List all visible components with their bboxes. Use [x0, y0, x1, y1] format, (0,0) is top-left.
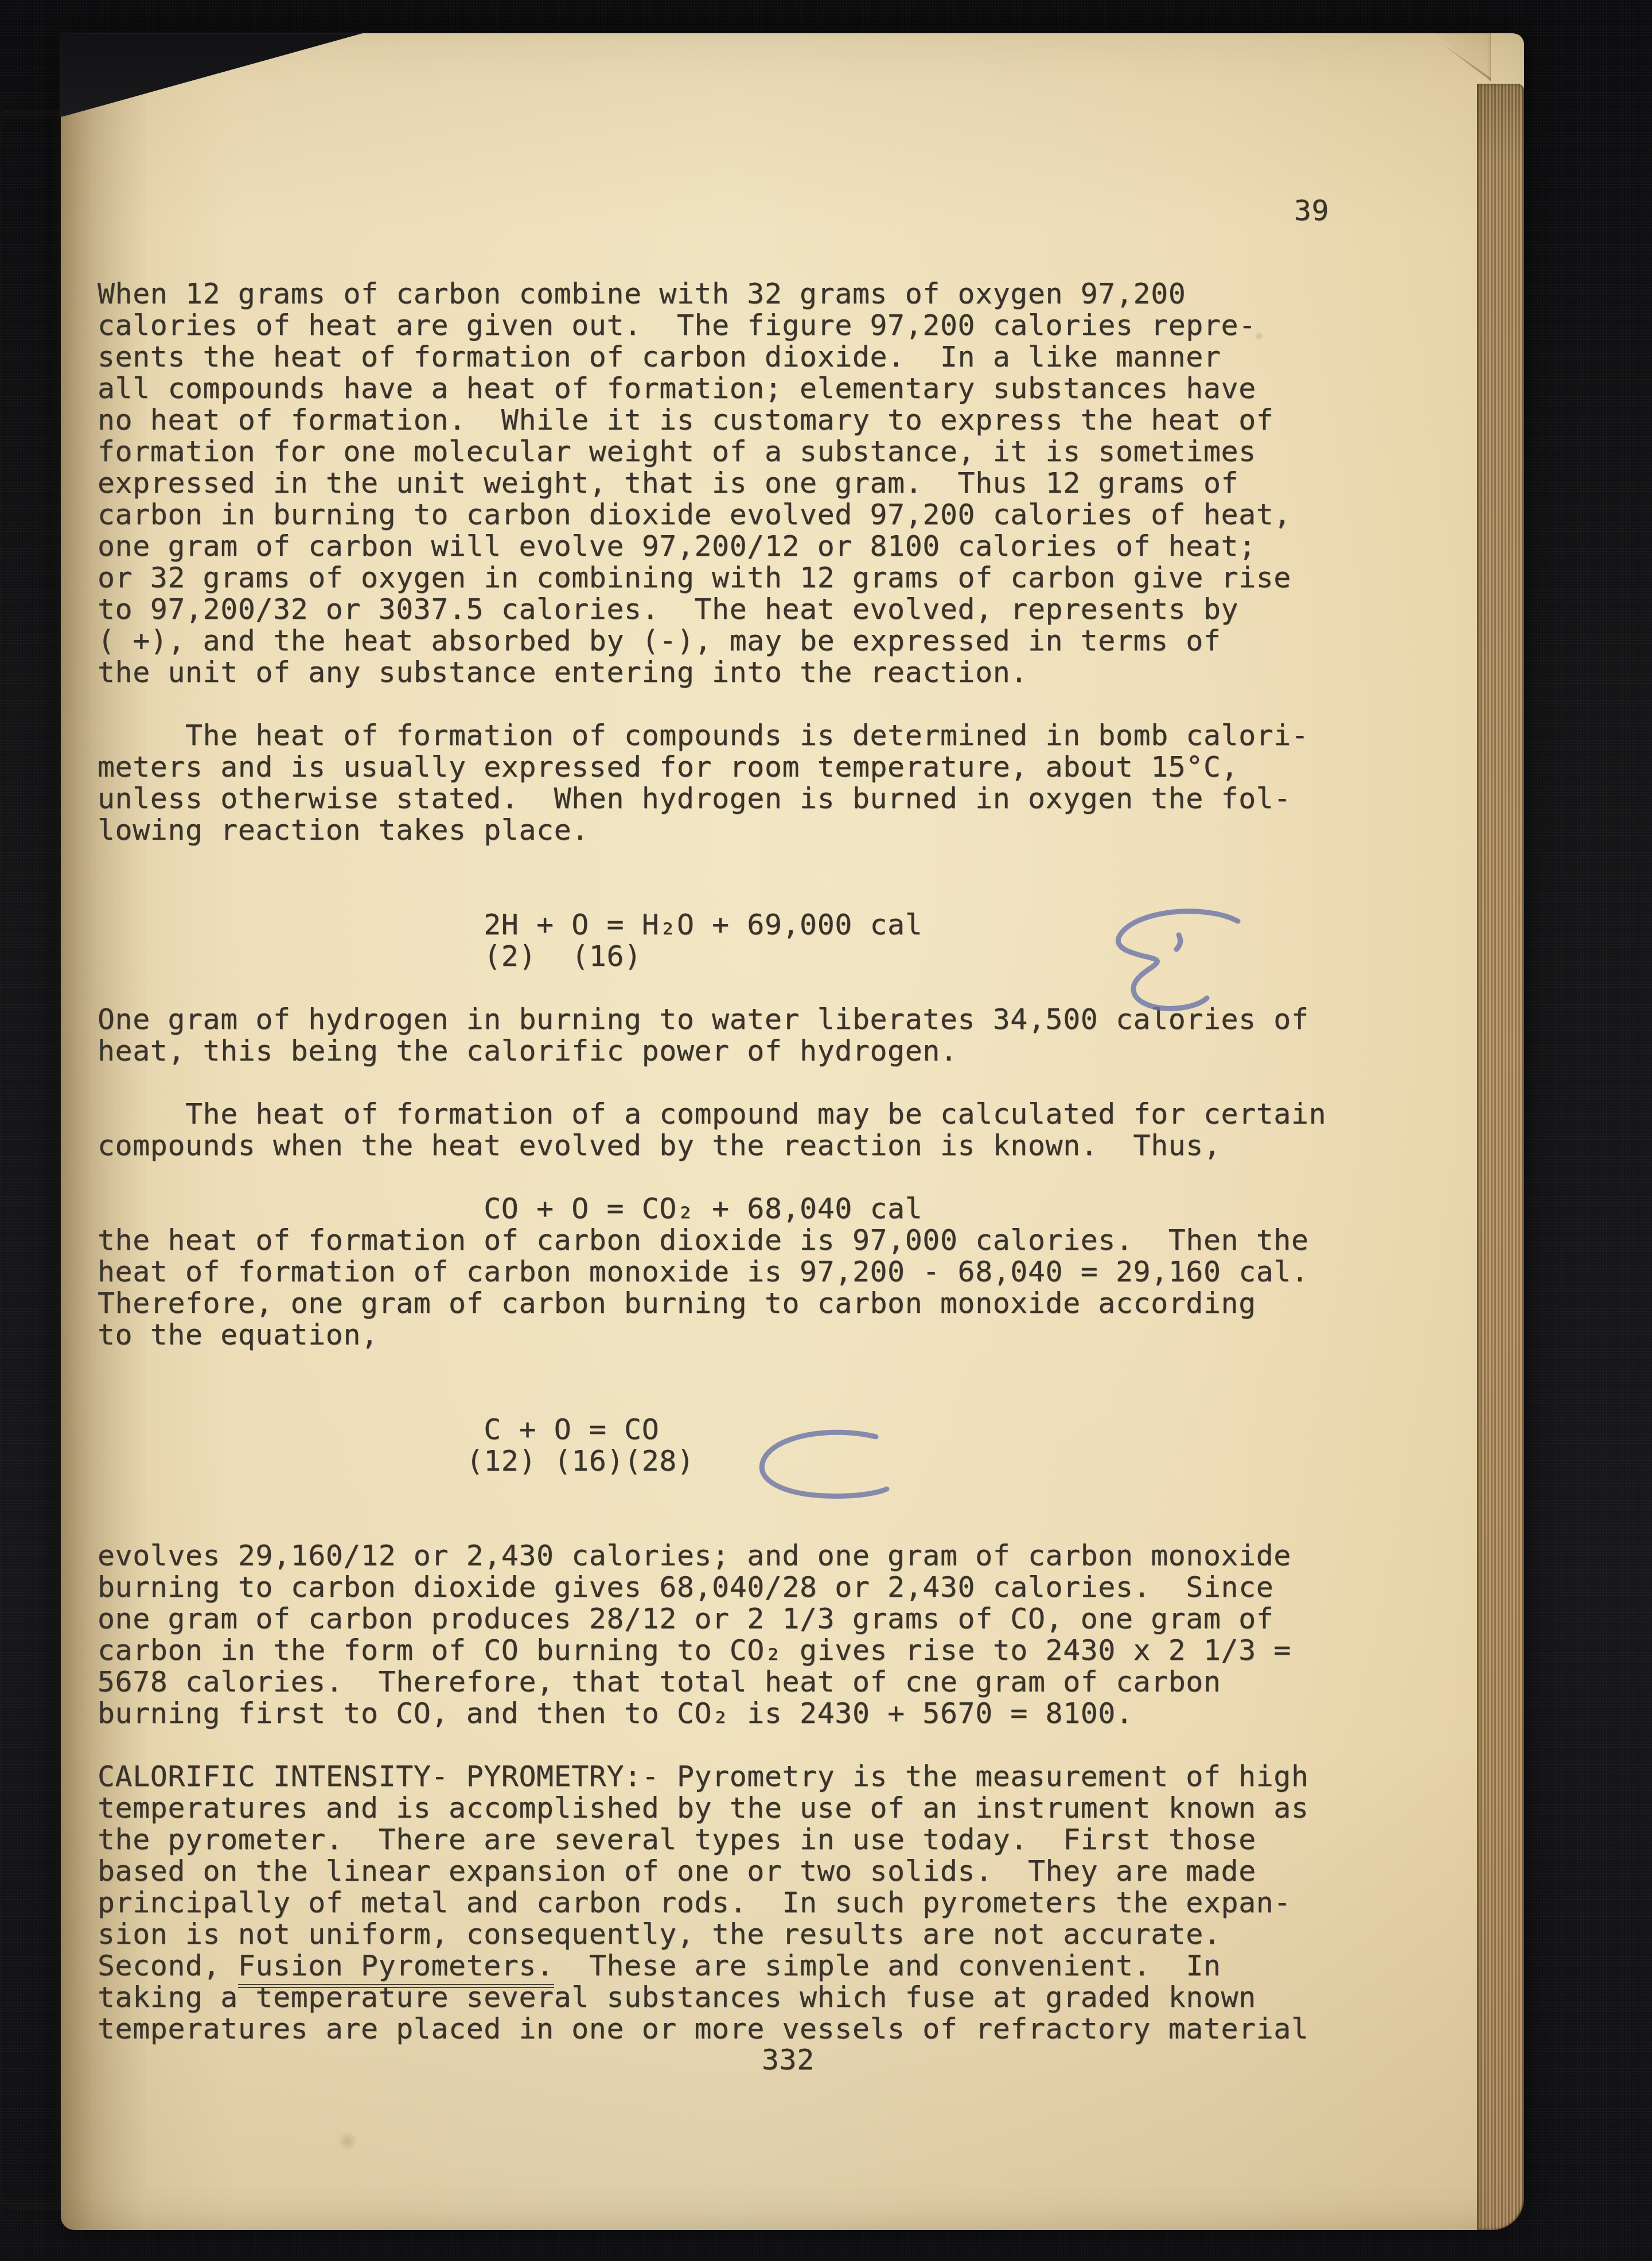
typed-line: burning to carbon dioxide gives 68,040/2… [98, 1572, 1326, 1603]
typed-line: to the equation, [98, 1319, 1326, 1351]
typed-line: unless otherwise stated. When hydrogen i… [98, 783, 1326, 814]
typed-line: calories of heat are given out. The figu… [98, 310, 1326, 341]
typed-line: evolves 29,160/12 or 2,430 calories; and… [98, 1540, 1326, 1572]
typed-line: carbon in burning to carbon dioxide evol… [98, 499, 1326, 531]
typed-line: expressed in the unit weight, that is on… [98, 467, 1326, 499]
previous-page-edge [0, 110, 68, 2209]
typed-line [98, 1729, 1326, 1761]
typed-line: compounds when the heat evolved by the r… [98, 1130, 1326, 1161]
typed-line: sion is not uniform, consequently, the r… [98, 1919, 1326, 1950]
typed-line: to 97,200/32 or 3037.5 calories. The hea… [98, 594, 1326, 625]
typed-line [98, 1508, 1326, 1540]
typed-line [98, 1161, 1326, 1193]
typed-line: heat of formation of carbon monoxide is … [98, 1256, 1326, 1288]
typed-line: 5678 calories. Therefore, that total hea… [98, 1666, 1326, 1698]
typed-line: 2H + O = H₂O + 69,000 cal [98, 909, 1326, 941]
typed-line: the pyrometer. There are several types i… [98, 1824, 1326, 1855]
typed-line [98, 878, 1326, 909]
typed-line: no heat of formation. While it is custom… [98, 404, 1326, 436]
typed-line: burning first to CO, and then to CO₂ is … [98, 1698, 1326, 1729]
typed-line: meters and is usually expressed for room… [98, 751, 1326, 783]
typewritten-text: When 12 grams of carbon combine with 32 … [98, 278, 1326, 2045]
paper-stain [336, 2133, 359, 2150]
typed-line: The heat of formation of a compound may … [98, 1098, 1326, 1130]
typed-line: principally of metal and carbon rods. In… [98, 1887, 1326, 1919]
typed-line: or 32 grams of oxygen in combining with … [98, 562, 1326, 594]
typed-line: temperatures are placed in one or more v… [98, 2013, 1326, 2045]
page-stack-fore-edge [1477, 84, 1524, 2230]
typed-line: formation for one molecular weight of a … [98, 436, 1326, 467]
typed-line: C + O = CO [98, 1414, 1326, 1445]
book-page: 39 When 12 grams of carbon combine with … [61, 33, 1524, 2230]
typed-line: Second, Fusion Pyrometers. These are sim… [98, 1950, 1326, 1982]
typed-line: carbon in the form of CO burning to CO₂ … [98, 1635, 1326, 1666]
typed-line: (12) (16)(28) [98, 1445, 1326, 1477]
typed-line: the unit of any substance entering into … [98, 657, 1326, 688]
typed-line: heat, this being the calorific power of … [98, 1035, 1326, 1067]
typed-line [98, 1351, 1326, 1382]
typed-line: taking a temperature several substances … [98, 1982, 1326, 2013]
typed-line: based on the linear expansion of one or … [98, 1855, 1326, 1887]
typed-line: temperatures and is accomplished by the … [98, 1792, 1326, 1824]
typed-line: CALORIFIC INTENSITY- PYROMETRY:- Pyromet… [98, 1761, 1326, 1792]
typed-line [98, 1382, 1326, 1414]
typed-line: the heat of formation of carbon dioxide … [98, 1225, 1326, 1256]
typed-line [98, 846, 1326, 878]
typed-line: One gram of hydrogen in burning to water… [98, 1004, 1326, 1035]
typed-line: ( +), and the heat absorbed by (-), may … [98, 625, 1326, 657]
typed-line [98, 688, 1326, 720]
book-photo: 39 When 12 grams of carbon combine with … [0, 0, 1652, 2261]
typed-line: CO + O = CO₂ + 68,040 cal [98, 1193, 1326, 1225]
typed-line: all compounds have a heat of formation; … [98, 373, 1326, 404]
typed-line [98, 1477, 1326, 1508]
typed-line: sents the heat of formation of carbon di… [98, 341, 1326, 373]
typed-line: one gram of carbon produces 28/12 or 2 1… [98, 1603, 1326, 1635]
typed-line: Therefore, one gram of carbon burning to… [98, 1288, 1326, 1319]
page-number-top: 39 [1294, 195, 1329, 227]
typed-line: lowing reaction takes place. [98, 814, 1326, 846]
binding-shadow-wedge [59, 32, 369, 118]
typed-line [98, 1067, 1326, 1098]
typed-line: When 12 grams of carbon combine with 32 … [98, 278, 1326, 310]
folded-corner-crease [1429, 33, 1491, 81]
typed-line: The heat of formation of compounds is de… [98, 720, 1326, 751]
typed-line: one gram of carbon will evolve 97,200/12… [98, 531, 1326, 562]
page-number-bottom: 332 [762, 2044, 815, 2076]
typed-line: (2) (16) [98, 941, 1326, 972]
typed-line [98, 972, 1326, 1004]
